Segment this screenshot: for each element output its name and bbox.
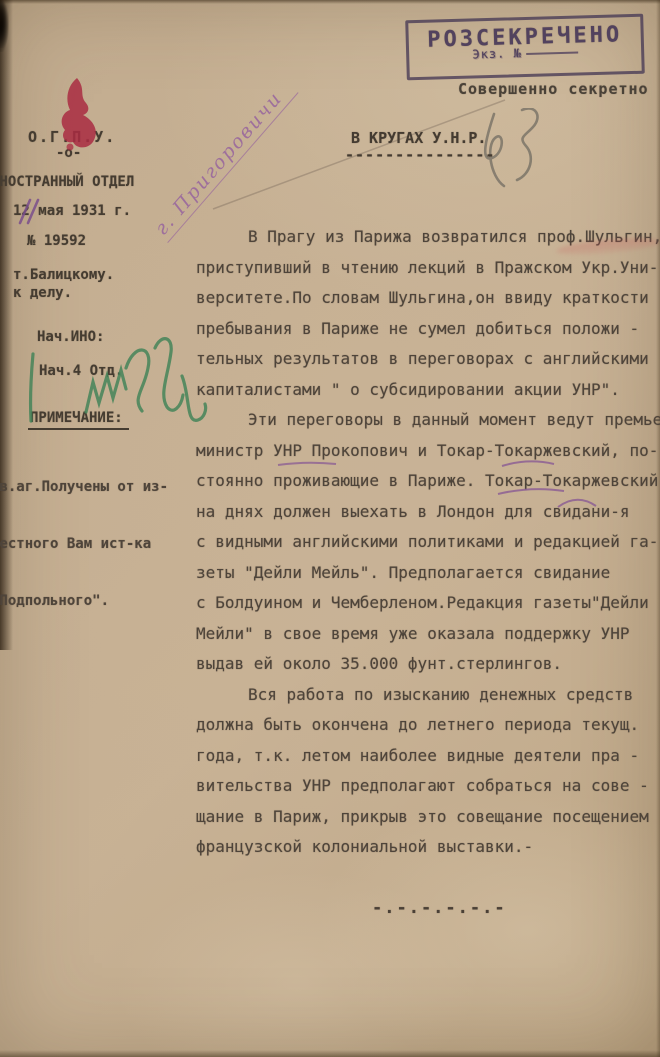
note-line: вестного Вам ист-ка [0,535,168,554]
body-line: вительства УНР предполагают собраться на… [196,771,658,802]
body-line: зеты "Дейли Мейль". Предполагается свида… [196,558,658,589]
document-title-underline: --------------- [345,146,495,164]
body-line: Эти переговоры в данный момент ведут пре… [196,405,658,436]
note-line: "Подпольного". [0,592,168,611]
to-file-note: к делу. [13,285,72,301]
scanned-document-page: РОЗСЕКРЕЧЕНО Экз. № Совершенно секретно … [0,0,660,1057]
date-correction-icon [11,196,43,228]
end-of-text-mark: -.-.-.-.-.- [372,898,507,918]
signature-icon [26,318,216,436]
body-line: Мейли" в свое время уже оказала поддержк… [196,619,658,650]
body-line: стоянно проживающие в Париже. Токар-Тока… [196,466,658,497]
binding-ink-mark [0,0,6,34]
note-text: Св.аг.Получены от из- вестного Вам ист-к… [0,440,168,649]
ink-underline-icon [500,457,556,469]
body-line: министр УНР Прокопович и Токар-Токаржевс… [196,436,658,467]
body-line: приступивший в чтению лекций в Пражском … [196,253,658,284]
body-line: французской колониальной выставки.- [196,832,658,863]
page-top-edge [0,0,660,4]
ink-caret-icon [556,495,598,509]
body-line: тельных результатов в переговорах с англ… [196,344,658,375]
body-line: капиталистами " о субсидировании акции У… [196,375,658,406]
document-title: В КРУГАХ У.Н.Р. [351,129,486,147]
body-text: В Прагу из Парижа возвратился проф.Шульг… [196,222,658,863]
body-line: должна быть окончена до летнего периода … [196,710,658,741]
department-name: ИНОСТРАННЫЙ ОТДЕЛ [0,174,134,190]
page-bottom-edge [0,1050,660,1057]
declassified-stamp: РОЗСЕКРЕЧЕНО Экз. № [405,14,645,81]
body-line: с Болдуином и Чемберленом.Редакция газет… [196,588,658,619]
body-line: года, т.к. летом наиболее видные деятели… [196,741,658,772]
body-line: верситете.По словам Шульгина,он ввиду кр… [196,283,658,314]
addressee: т.Балицкому. [13,267,114,283]
body-line: щание в Париж, прикрыв это совещание пос… [196,802,658,833]
ink-underline-icon [276,459,338,469]
stamp-blank-line [526,52,578,55]
document-number: № 19592 [27,233,86,249]
body-line: с видными английскими политиками и редак… [196,527,658,558]
body-line: пребывания в Париже не сумел добиться по… [196,314,658,345]
red-ink-blot-icon [50,76,108,156]
note-line: Св.аг.Получены от из- [0,478,168,497]
body-line: Вся работа по изысканию денежных средств [196,680,658,711]
body-line: выдав ей около 35.000 фунт.стерлингов. [196,649,658,680]
